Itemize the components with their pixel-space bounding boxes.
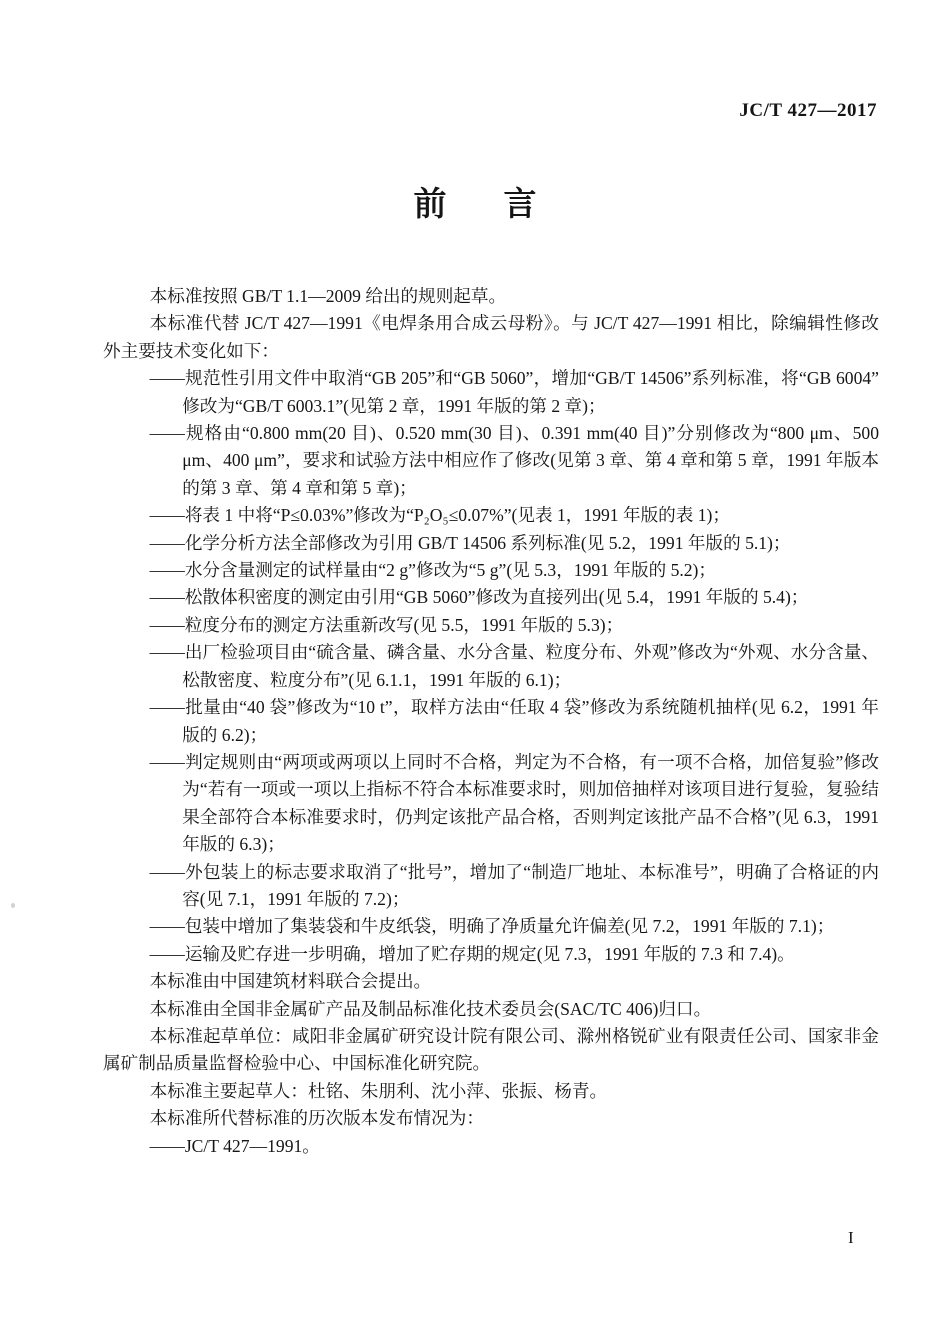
change-list-item: ——出厂检验项目由“硫含量、磷含量、水分含量、粒度分布、外观”修改为“外观、水分… bbox=[103, 639, 879, 694]
change-list-item: ——判定规则由“两项或两项以上同时不合格，判定为不合格，有一项不合格，加倍复验”… bbox=[103, 749, 879, 859]
foreword-paragraph: 本标准代替 JC/T 427—1991《电焊条用合成云母粉》。与 JC/T 42… bbox=[103, 310, 879, 365]
foreword-paragraph: 本标准起草单位：咸阳非金属矿研究设计院有限公司、滁州格锐矿业有限责任公司、国家非… bbox=[103, 1023, 879, 1078]
page-number: I bbox=[848, 1228, 854, 1248]
page-title-char-1: 前 bbox=[414, 185, 447, 222]
standard-code-header: JC/T 427—2017 bbox=[739, 100, 877, 122]
foreword-body: 本标准按照 GB/T 1.1—2009 给出的规则起草。 本标准代替 JC/T … bbox=[103, 283, 879, 1160]
change-list-item: ——化学分析方法全部修改为引用 GB/T 14506 系列标准(见 5.2，19… bbox=[103, 530, 879, 557]
foreword-paragraph: 本标准由全国非金属矿产品及制品标准化技术委员会(SAC/TC 406)归口。 bbox=[103, 996, 879, 1023]
change-list-item: ——包装中增加了集装袋和牛皮纸袋，明确了净质量允许偏差(见 7.2，1991 年… bbox=[103, 913, 879, 940]
previous-edition-item: ——JC/T 427—1991。 bbox=[103, 1133, 879, 1160]
change-list-item: ——规范性引用文件中取消“GB 205”和“GB 5060”，增加“GB/T 1… bbox=[103, 365, 879, 420]
foreword-paragraph: 本标准所代替标准的历次版本发布情况为： bbox=[103, 1105, 879, 1132]
change-list-item: ——将表 1 中将“P≤0.03%”修改为“P₂O₅≤0.07%”(见表 1，1… bbox=[103, 502, 879, 529]
change-list-item: ——水分含量测定的试样量由“2 g”修改为“5 g”(见 5.3，1991 年版… bbox=[103, 557, 879, 584]
change-list-item: ——规格由“0.800 mm(20 目)、0.520 mm(30 目)、0.39… bbox=[103, 420, 879, 502]
scan-speck bbox=[11, 903, 15, 908]
document-page: JC/T 427—2017 前言 本标准按照 GB/T 1.1—2009 给出的… bbox=[0, 0, 950, 1335]
change-list-item: ——运输及贮存进一步明确，增加了贮存期的规定(见 7.3，1991 年版的 7.… bbox=[103, 941, 879, 968]
change-list-item: ——松散体积密度的测定由引用“GB 5060”修改为直接列出(见 5.4，199… bbox=[103, 584, 879, 611]
page-title-char-2: 言 bbox=[504, 185, 537, 222]
foreword-paragraph: 本标准主要起草人：杜铭、朱朋利、沈小萍、张振、杨青。 bbox=[103, 1078, 879, 1105]
foreword-paragraph: 本标准按照 GB/T 1.1—2009 给出的规则起草。 bbox=[103, 283, 879, 310]
foreword-paragraph: 本标准由中国建筑材料联合会提出。 bbox=[103, 968, 879, 995]
page-title: 前言 bbox=[0, 184, 950, 224]
change-list-item: ——外包装上的标志要求取消了“批号”，增加了“制造厂地址、本标准号”，明确了合格… bbox=[103, 859, 879, 914]
change-list-item: ——粒度分布的测定方法重新改写(见 5.5，1991 年版的 5.3)； bbox=[103, 612, 879, 639]
change-list-item: ——批量由“40 袋”修改为“10 t”，取样方法由“任取 4 袋”修改为系统随… bbox=[103, 694, 879, 749]
